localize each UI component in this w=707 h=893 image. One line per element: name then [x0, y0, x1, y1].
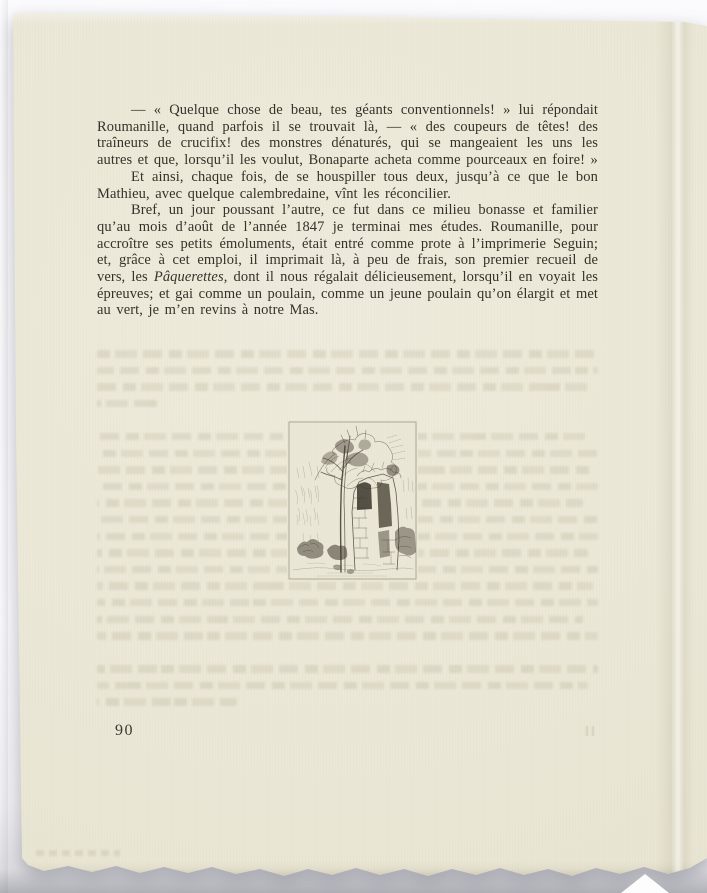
paragraph-3: Bref, un jour poussant l’autre, ce fut d…	[97, 202, 598, 319]
show-through-signature	[586, 726, 598, 736]
book-page: — « Quelque chose de beau, tes géants co…	[8, 10, 707, 878]
show-through-line	[97, 632, 598, 640]
etching-illustration	[287, 420, 418, 581]
italic-book-title: Pâquerettes	[154, 269, 224, 285]
show-through-line	[97, 367, 598, 375]
show-through-smudge	[36, 850, 120, 856]
show-through-line	[97, 616, 583, 624]
show-through-line	[97, 682, 588, 690]
paper-crease	[656, 10, 694, 878]
show-through-line	[97, 698, 237, 706]
show-through-line	[97, 665, 598, 673]
page-number: 90	[115, 722, 134, 740]
backdrop-left-shadow	[0, 0, 8, 893]
show-through-line	[97, 350, 598, 358]
paragraph-text: Et ainsi, chaque fois, de se houspiller …	[97, 169, 598, 202]
backdrop-fold	[621, 874, 669, 893]
show-through-line	[97, 582, 593, 590]
show-through-line	[97, 599, 598, 607]
show-through-line	[97, 400, 157, 408]
book-page-wrap: — « Quelque chose de beau, tes géants co…	[8, 10, 707, 878]
paragraph-2: Et ainsi, chaque fois, de se houspiller …	[97, 169, 598, 202]
paragraph-1: — « Quelque chose de beau, tes géants co…	[97, 102, 598, 169]
etching-svg	[287, 420, 418, 581]
show-through-line	[97, 383, 593, 391]
scan-bottom-shadow	[0, 869, 707, 893]
paragraph-text: — « Quelque chose de beau, tes géants co…	[97, 102, 598, 168]
text-block: — « Quelque chose de beau, tes géants co…	[97, 102, 598, 319]
scan-backdrop: — « Quelque chose de beau, tes géants co…	[0, 0, 707, 893]
